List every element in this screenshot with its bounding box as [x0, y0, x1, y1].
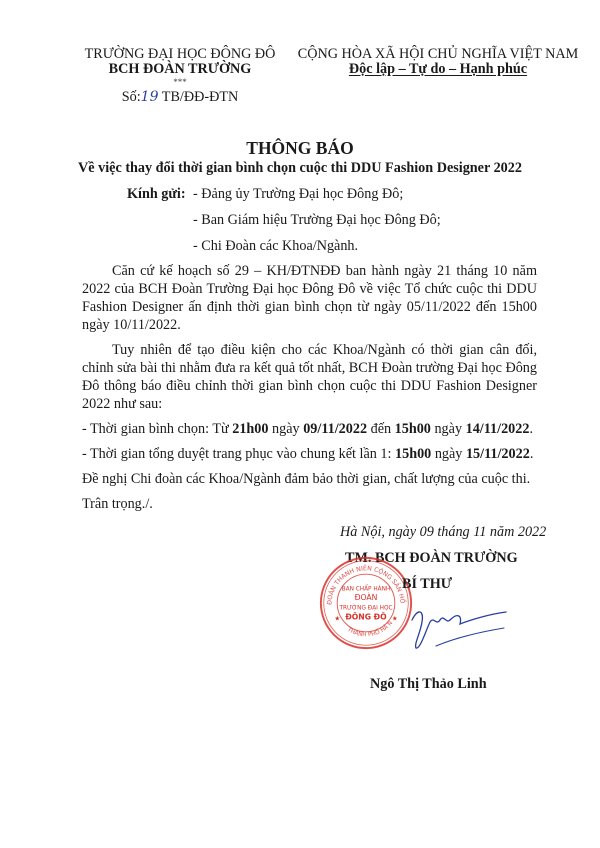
closing-text: Trân trọng./. [82, 495, 153, 514]
stamp-line: ĐOÀN [355, 593, 378, 602]
document-subtitle: Về việc thay đổi thời gian bình chọn cuộ… [0, 160, 600, 177]
header-right: CỘNG HÒA XÃ HỘI CHỦ NGHĨA VIỆT NAM Độc l… [283, 47, 593, 77]
recipients-label: Kính gửi: [127, 185, 186, 204]
document-title: THÔNG BÁO [0, 138, 600, 159]
star-icon: ★ [392, 614, 398, 622]
paragraph-basis: Căn cứ kế hoạch số 29 – KH/ĐTNĐĐ ban hàn… [82, 262, 537, 334]
handwritten-signature [400, 600, 510, 655]
stamp-line: TRƯỜNG ĐẠI HỌC [338, 605, 392, 612]
signer-name: Ngô Thị Thảo Linh [370, 676, 487, 693]
recipient-item: - Ban Giám hiệu Trường Đại học Đông Đô; [193, 211, 441, 230]
school-name: TRƯỜNG ĐẠI HỌC ĐÔNG ĐÔ [60, 47, 300, 62]
star-icon: ★ [334, 614, 340, 622]
stamp-line: BAN CHẤP HÀNH [342, 585, 390, 593]
unit-name: BCH ĐOÀN TRƯỜNG [60, 62, 300, 77]
doc-number-handwritten: 19 [141, 89, 159, 105]
recipient-item: - Chi Đoàn các Khoa/Ngành. [193, 237, 358, 256]
doc-number: Số:19 TB/ĐĐ-ĐTN [60, 89, 300, 105]
place-date: Hà Nội, ngày 09 tháng 11 năm 2022 [340, 524, 546, 541]
stars-divider: *** [60, 77, 300, 87]
country-name: CỘNG HÒA XÃ HỘI CHỦ NGHĨA VIỆT NAM [283, 47, 593, 62]
motto: Độc lập – Tự do – Hạnh phúc [283, 62, 593, 77]
doc-number-suffix: TB/ĐĐ-ĐTN [162, 89, 238, 105]
position-title: BÍ THƯ [402, 576, 452, 593]
doc-number-prefix: Số: [122, 89, 141, 105]
paragraph-adjustment: Tuy nhiên để tạo điều kiện cho các Khoa/… [82, 341, 537, 413]
schedule-voting: - Thời gian bình chọn: Từ 21h00 ngày 09/… [82, 420, 533, 439]
recipient-item: - Đảng ủy Trường Đại học Đông Đô; [193, 185, 403, 204]
request-text: Đề nghị Chi đoàn các Khoa/Ngành đảm bảo … [82, 470, 530, 489]
header-left: TRƯỜNG ĐẠI HỌC ĐÔNG ĐÔ BCH ĐOÀN TRƯỜNG *… [60, 47, 300, 105]
schedule-rehearsal: - Thời gian tổng duyệt trang phục vào ch… [82, 445, 533, 464]
stamp-line: ĐÔNG ĐÔ [345, 612, 387, 621]
